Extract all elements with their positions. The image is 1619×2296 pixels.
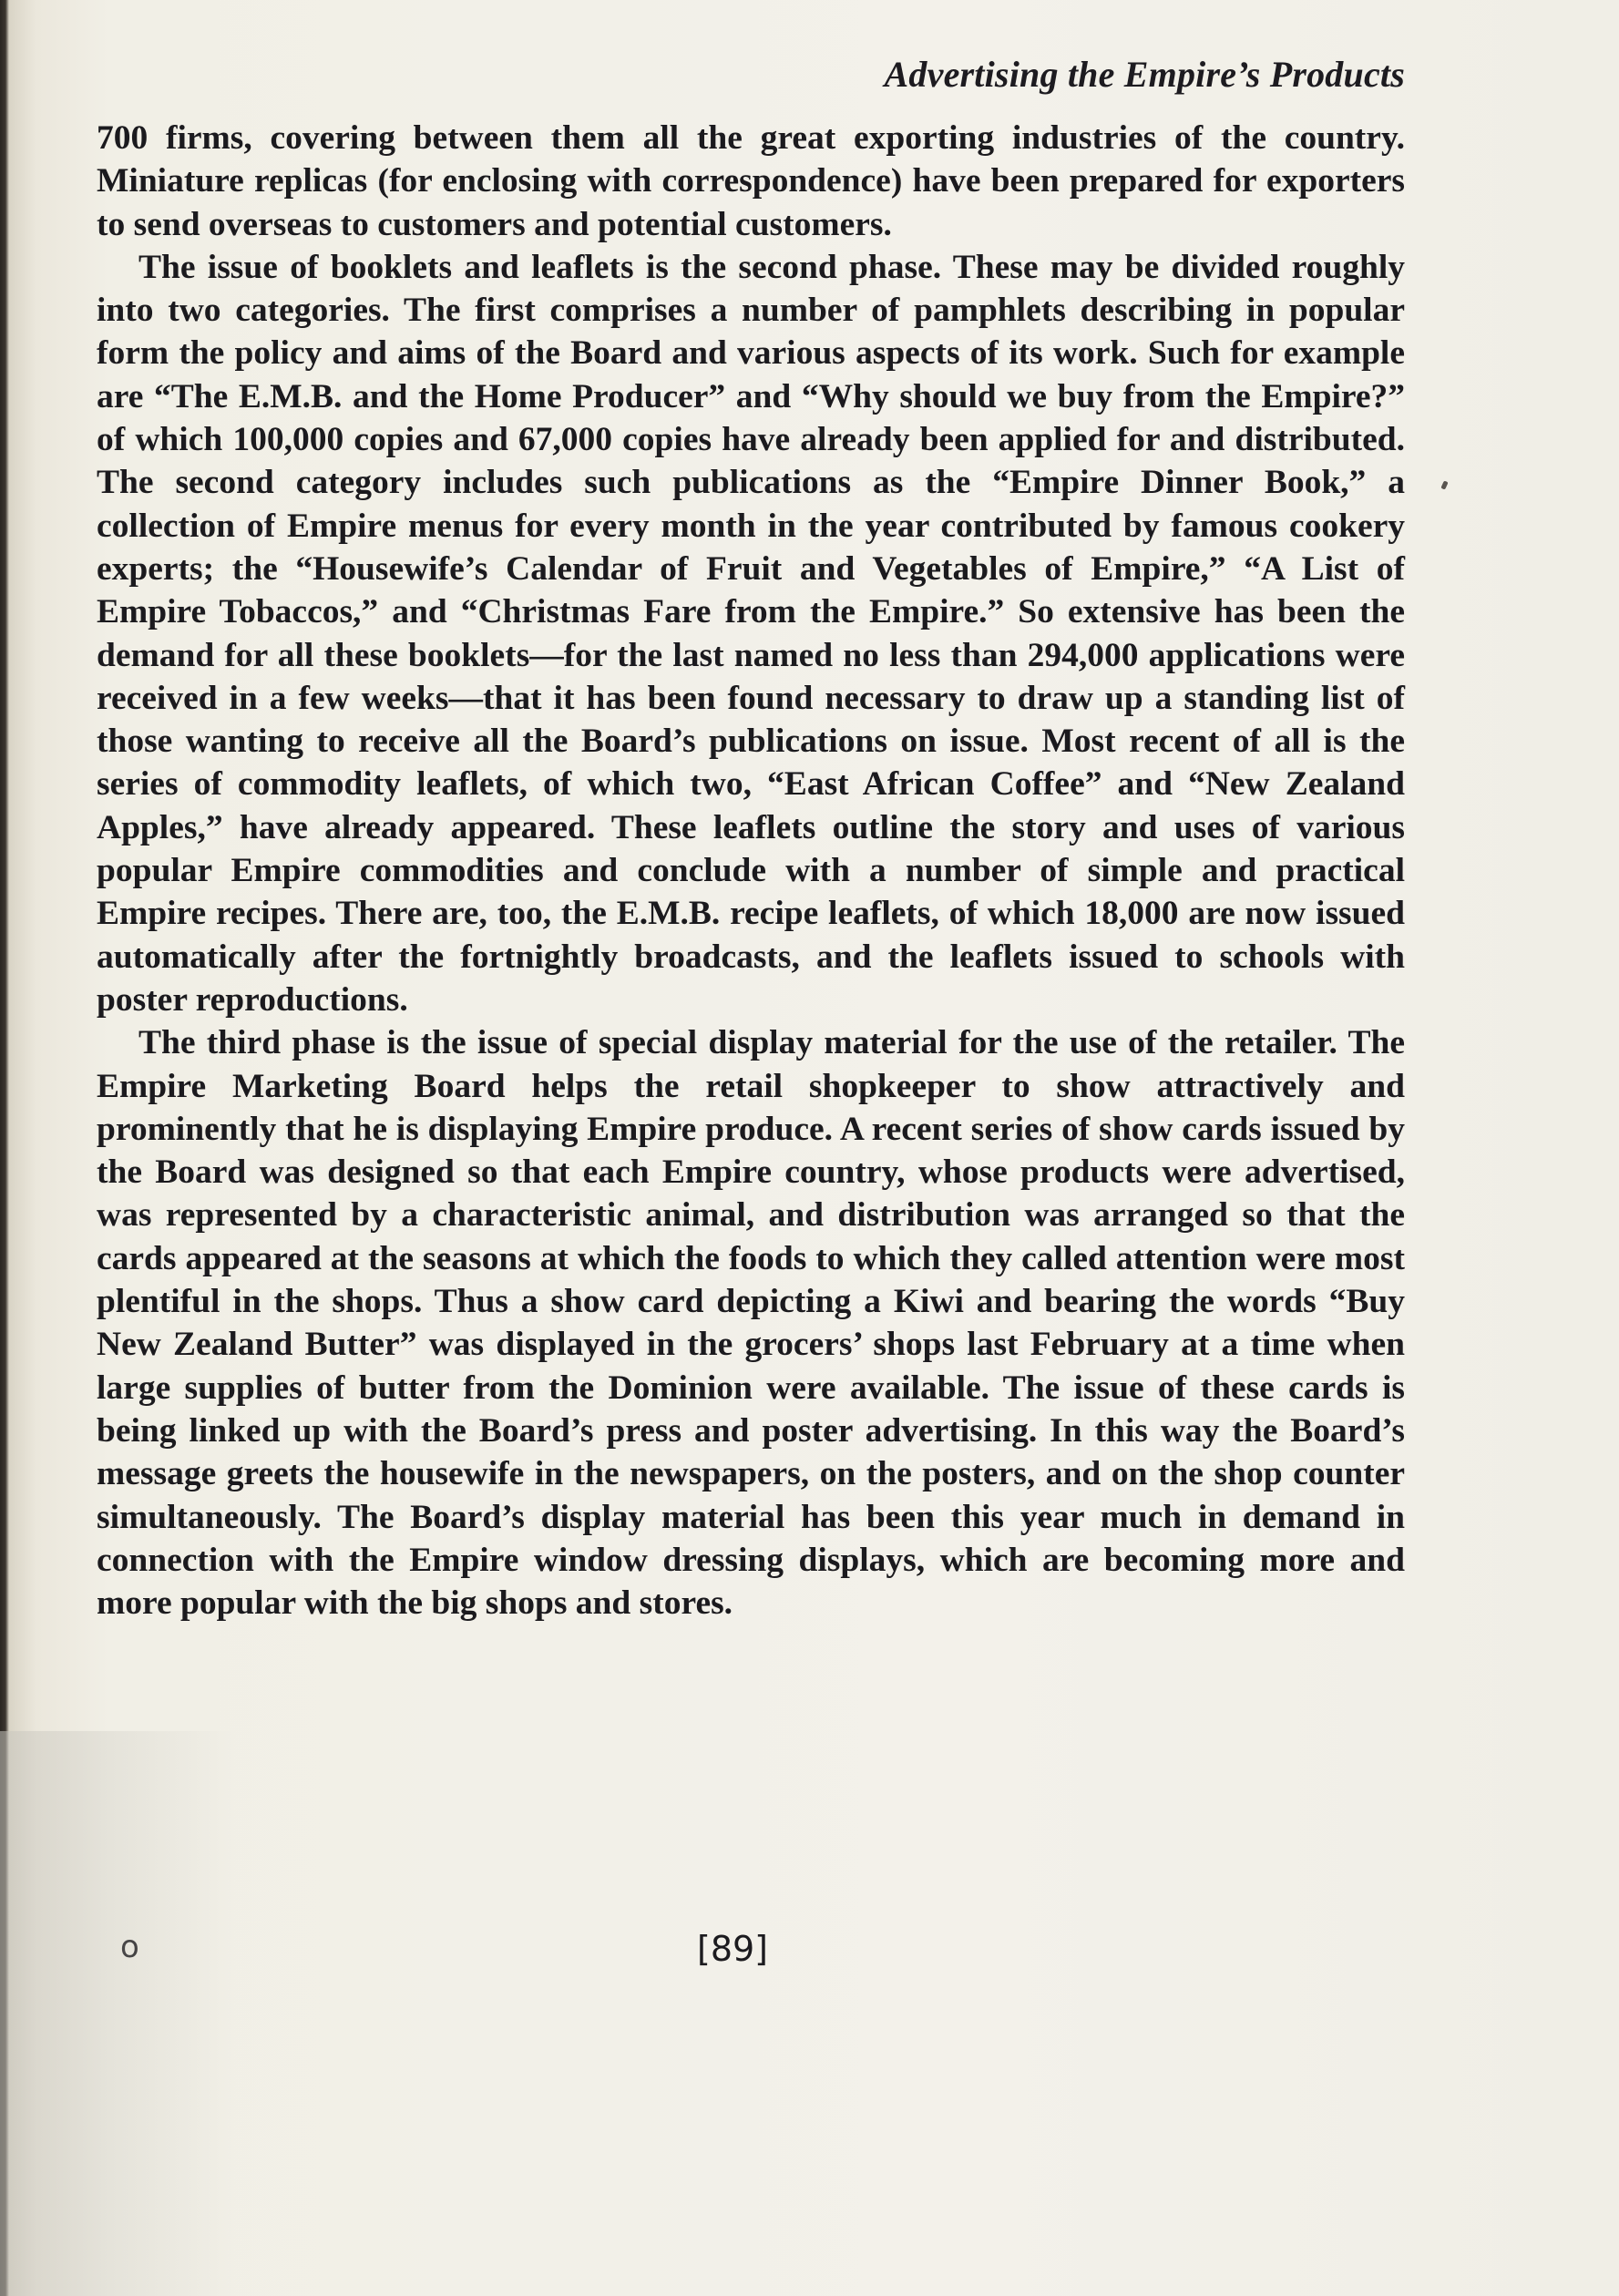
page-number: [89] — [697, 1929, 768, 1969]
paragraph-3: The third phase is the issue of special … — [97, 1021, 1405, 1625]
body-text: 700 firms, covering between them all the… — [97, 117, 1405, 1625]
signature-mark: o — [120, 1929, 139, 1965]
running-head: Advertising the Empire’s Products — [885, 53, 1405, 96]
ink-speck — [1440, 480, 1448, 489]
paragraph-1: 700 firms, covering between them all the… — [97, 117, 1405, 246]
paragraph-2: The issue of booklets and leaflets is th… — [97, 246, 1405, 1021]
book-page: Advertising the Empire’s Products 700 fi… — [0, 0, 1619, 2296]
